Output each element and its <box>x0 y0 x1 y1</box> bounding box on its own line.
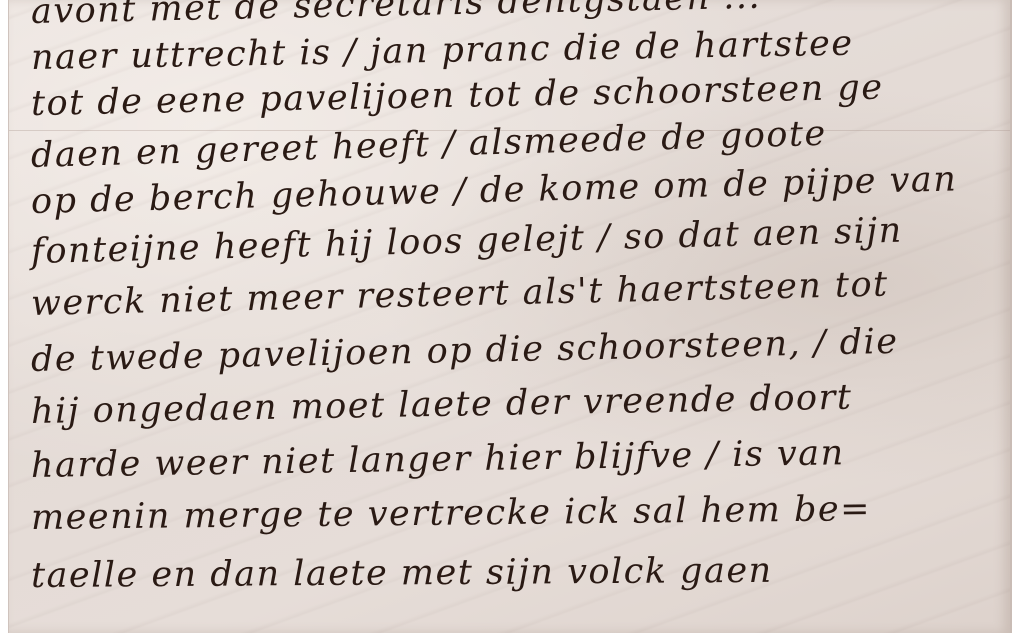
manuscript-page: avont met de secretaris dentgstaen ... n… <box>8 0 1012 633</box>
manuscript-line-12: taelle en dan laete met sijn volck gaen <box>31 551 773 596</box>
